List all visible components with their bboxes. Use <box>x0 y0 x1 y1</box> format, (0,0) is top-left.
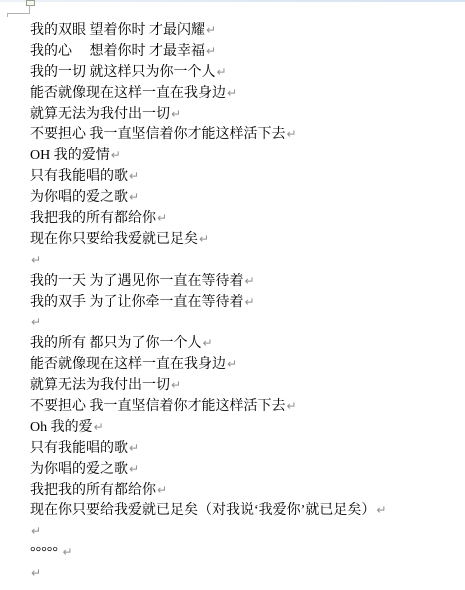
text-line[interactable]: 我把我的所有都给你↵ <box>30 480 455 501</box>
text-line[interactable]: 我的一切 就这样只为你一个人↵ <box>30 62 455 83</box>
paragraph-mark-icon: ↵ <box>157 211 167 225</box>
text-line[interactable]: 我把我的所有都给你↵ <box>30 208 455 229</box>
paragraph-mark-icon: ↵ <box>199 232 209 246</box>
paragraph-mark-icon: ↵ <box>31 253 41 267</box>
line-text: 我的所有 都只为了你一个人 <box>30 336 202 351</box>
paragraph-mark-icon: ↵ <box>31 524 41 538</box>
line-text: 能否就像现在这样一直在我身边 <box>30 357 226 372</box>
paragraph-mark-icon: ↵ <box>227 357 237 371</box>
line-text: OH 我的爱情 <box>30 148 110 163</box>
text-line[interactable]: 就算无法为我付出一切↵ <box>30 375 455 396</box>
text-line[interactable]: 为你唱的爱之歌↵ <box>30 187 455 208</box>
text-line[interactable]: 我的双眼 望着你时 才最闪耀↵ <box>30 20 455 41</box>
document-text-area[interactable]: 我的双眼 望着你时 才最闪耀↵我的心 想着你时 才最幸福↵我的一切 就这样只为你… <box>0 0 465 584</box>
line-text: 现在你只要给我爱就已足矣 <box>30 232 198 247</box>
text-line[interactable]: 现在你只要给我爱就已足矣↵ <box>30 229 455 250</box>
text-line[interactable]: 不要担心 我一直坚信着你才能这样活下去↵ <box>30 396 455 417</box>
line-text: 我的一切 就这样只为你一个人 <box>30 65 216 80</box>
paragraph-mark-icon: ↵ <box>63 545 73 559</box>
paragraph-mark-icon: ↵ <box>206 23 216 37</box>
line-text: 我的心 想着你时 才最幸福 <box>30 44 205 59</box>
line-text: 现在你只要给我爱就已足矣（对我说‘我爱你’就已足矣） <box>30 503 375 518</box>
empty-paragraph-line[interactable]: ↵ <box>30 521 455 542</box>
text-line[interactable]: 只有我能唱的歌↵ <box>30 166 455 187</box>
paragraph-mark-icon: ↵ <box>206 44 216 58</box>
paragraph-mark-icon: ↵ <box>287 399 297 413</box>
paragraph-mark-icon: ↵ <box>245 274 255 288</box>
paragraph-mark-icon: ↵ <box>171 107 181 121</box>
paragraph-mark-icon: ↵ <box>217 65 227 79</box>
paragraph-mark-icon: ↵ <box>171 378 181 392</box>
empty-paragraph-line[interactable]: ↵ <box>30 250 455 271</box>
paragraph-mark-icon: ↵ <box>111 148 121 162</box>
text-line[interactable]: Oh 我的爱↵ <box>30 417 455 438</box>
line-text: 我的双手 为了让你牵一直在等待着 <box>30 295 244 310</box>
text-line[interactable]: 我的所有 都只为了你一个人↵ <box>30 333 455 354</box>
line-text: 就算无法为我付出一切 <box>30 378 170 393</box>
word-document-page: { "page": { "colors": { "background": "#… <box>0 0 465 590</box>
line-text: 我把我的所有都给你 <box>30 211 156 226</box>
line-text: 为你唱的爱之歌 <box>30 190 128 205</box>
empty-paragraph-line[interactable]: ↵ <box>30 312 455 333</box>
text-line[interactable]: 只有我能唱的歌↵ <box>30 438 455 459</box>
line-text: 我把我的所有都给你 <box>30 483 156 498</box>
paragraph-mark-icon: ↵ <box>203 336 213 350</box>
text-line[interactable]: 能否就像现在这样一直在我身边↵ <box>30 83 455 104</box>
text-line[interactable]: 就算无法为我付出一切↵ <box>30 104 455 125</box>
line-text: °°°°° <box>30 545 62 560</box>
paragraph-mark-icon: ↵ <box>129 462 139 476</box>
line-text: Oh 我的爱 <box>30 420 93 435</box>
paragraph-mark-icon: ↵ <box>227 86 237 100</box>
line-text: 能否就像现在这样一直在我身边 <box>30 86 226 101</box>
paragraph-mark-icon: ↵ <box>157 483 167 497</box>
text-line[interactable]: 我的一天 为了遇见你一直在等待着↵ <box>30 271 455 292</box>
line-text: 只有我能唱的歌 <box>30 441 128 456</box>
paragraph-mark-icon: ↵ <box>31 566 41 580</box>
line-text: 为你唱的爱之歌 <box>30 462 128 477</box>
text-line[interactable]: 能否就像现在这样一直在我身边↵ <box>30 354 455 375</box>
paragraph-mark-icon: ↵ <box>31 315 41 329</box>
line-text: 我的一天 为了遇见你一直在等待着 <box>30 274 244 289</box>
empty-paragraph-line[interactable]: ↵ <box>30 563 455 584</box>
text-line[interactable]: 我的心 想着你时 才最幸福↵ <box>30 41 455 62</box>
text-line[interactable]: 我的双手 为了让你牵一直在等待着↵ <box>30 292 455 313</box>
paragraph-mark-icon: ↵ <box>245 295 255 309</box>
paragraph-mark-icon: ↵ <box>129 169 139 183</box>
line-text: 不要担心 我一直坚信着你才能这样活下去 <box>30 399 286 414</box>
line-text: 不要担心 我一直坚信着你才能这样活下去 <box>30 127 286 142</box>
text-line[interactable]: OH 我的爱情↵ <box>30 145 455 166</box>
text-line[interactable]: 不要担心 我一直坚信着你才能这样活下去↵ <box>30 124 455 145</box>
line-text: 只有我能唱的歌 <box>30 169 128 184</box>
paragraph-mark-icon: ↵ <box>129 190 139 204</box>
paragraph-mark-icon: ↵ <box>376 503 386 517</box>
text-line[interactable]: 现在你只要给我爱就已足矣（对我说‘我爱你’就已足矣）↵ <box>30 500 455 521</box>
paragraph-mark-icon: ↵ <box>287 127 297 141</box>
paragraph-mark-icon: ↵ <box>94 420 104 434</box>
text-line[interactable]: 为你唱的爱之歌↵ <box>30 459 455 480</box>
line-text: 我的双眼 望着你时 才最闪耀 <box>30 23 205 38</box>
paragraph-mark-icon: ↵ <box>129 441 139 455</box>
line-text: 就算无法为我付出一切 <box>30 107 170 122</box>
text-line[interactable]: °°°°° ↵ <box>30 542 455 563</box>
